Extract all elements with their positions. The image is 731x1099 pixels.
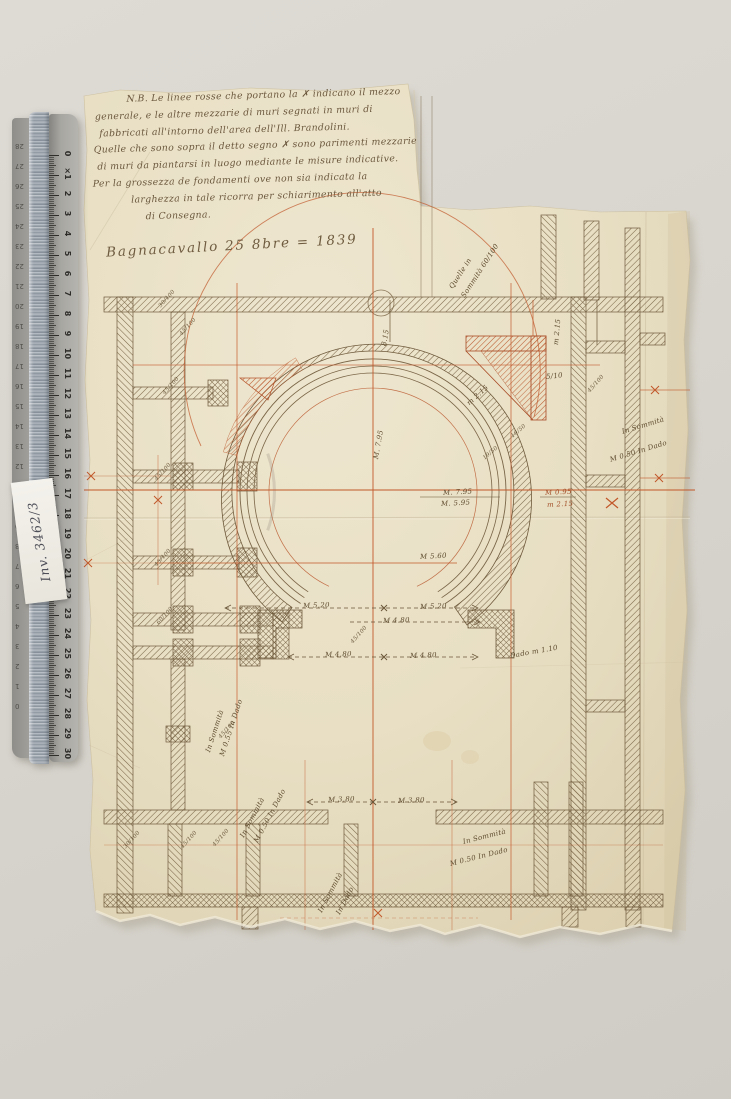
ruler-number: 11 xyxy=(63,367,72,380)
ruler-cm-tick xyxy=(49,475,59,476)
dimension-label: M 4.80 xyxy=(383,616,410,625)
ruler-number: 12 xyxy=(63,387,72,400)
wall-thickness-fraction: 45/100 xyxy=(212,828,231,848)
wall-thickness-fraction: 45/100 xyxy=(180,830,199,850)
ruler-cm-tick xyxy=(49,395,59,396)
ruler-cm-tick xyxy=(49,255,59,256)
wall-thickness-fraction: 45/100 xyxy=(154,462,173,482)
ruler-number: 6 xyxy=(63,267,72,280)
dimension-label: m 2.15 xyxy=(552,319,562,346)
ruler: 2827262524232221201918171615141312111098… xyxy=(12,112,78,764)
ruler-cm-tick xyxy=(49,195,59,196)
ruler-cm-tick xyxy=(49,355,59,356)
ruler-number: 16 xyxy=(63,467,72,480)
annotation-layer: M. 7.95M. 5.95M 0.95m 2.15M 5.60M 5.20M … xyxy=(0,0,731,1099)
ruler-number: 19 xyxy=(63,527,72,540)
ruler-mirror-number: 17 xyxy=(15,362,24,370)
ruler-cm-tick xyxy=(49,435,59,436)
inventory-number: Inv. 3462/3 xyxy=(25,500,54,583)
ruler-half-tick xyxy=(49,645,56,646)
ruler-cm-tick xyxy=(49,755,59,756)
ruler-mirror-number: 24 xyxy=(15,222,24,230)
ruler-ribbed-strip xyxy=(29,112,49,764)
ruler-half-tick xyxy=(49,745,56,746)
ruler-mirror-number: 21 xyxy=(15,282,24,290)
ruler-cm-tick xyxy=(49,375,59,376)
ruler-cm-tick xyxy=(49,295,59,296)
ruler-cm-tick xyxy=(49,215,59,216)
wall-thickness-fraction: 19/50 xyxy=(482,445,499,461)
ruler-half-tick xyxy=(49,685,56,686)
dimension-label: 5/10 xyxy=(546,371,564,381)
ruler-number: 26 xyxy=(63,667,72,680)
ruler-mirror-number: 23 xyxy=(15,242,24,250)
ruler-half-tick xyxy=(49,365,56,366)
ruler-half-tick xyxy=(49,325,56,326)
ruler-number: 2 xyxy=(63,187,72,200)
ruler-half-tick xyxy=(49,185,56,186)
dimension-label: M. 7.95 xyxy=(372,429,385,459)
ruler-number: 14 xyxy=(63,427,72,440)
dimension-label: M 5.20 xyxy=(303,601,330,610)
ruler-cm-tick xyxy=(49,635,59,636)
ruler-cm-tick xyxy=(49,715,59,716)
ruler-half-tick xyxy=(49,465,56,466)
ruler-number: 27 xyxy=(63,687,72,700)
archival-photo-scene: N.B. Le linee rosse che portano la ✗ ind… xyxy=(0,0,731,1099)
hand-annotation: In Sommità xyxy=(462,827,507,845)
ruler-number: ×1 xyxy=(63,167,72,180)
dimension-label: M. 5.95 xyxy=(441,498,471,508)
dimension-label: M 4.80 xyxy=(410,651,437,660)
ruler-mirror-number: 28 xyxy=(15,142,24,150)
ruler-cm-tick xyxy=(49,335,59,336)
ruler-number: 18 xyxy=(63,507,72,520)
ruler-cm-tick xyxy=(49,315,59,316)
dimension-label: M. 7.95 xyxy=(443,487,473,497)
dimension-label: m 2.15 xyxy=(547,500,574,509)
wall-thickness-fraction: 30/100 xyxy=(123,830,142,850)
ruler-half-tick xyxy=(49,265,56,266)
wall-thickness-fraction: 45/100 xyxy=(179,317,198,337)
ruler-mirror-number: 27 xyxy=(15,162,24,170)
ruler-cm-tick xyxy=(49,655,59,656)
ruler-half-tick xyxy=(49,385,56,386)
dimension-label: M 0.95 xyxy=(545,488,572,497)
ruler-mirror-number: 13 xyxy=(15,442,24,450)
ruler-mirror-number: 1 xyxy=(15,682,19,690)
ruler-cm-tick xyxy=(49,735,59,736)
ruler-mirror-number: 19 xyxy=(15,322,24,330)
ruler-number: 17 xyxy=(63,487,72,500)
ruler-cm-tick xyxy=(49,235,59,236)
ruler-number: 29 xyxy=(63,727,72,740)
dimension-label: M 5.20 xyxy=(420,602,447,611)
ruler-mirror-scale: 2827262524232221201918171615141312111098… xyxy=(12,118,29,758)
ruler-cm-tick xyxy=(49,455,59,456)
ruler-mirror-number: 14 xyxy=(15,422,24,430)
ruler-mirror-number: 26 xyxy=(15,182,24,190)
ruler-mirror-number: 18 xyxy=(15,342,24,350)
ruler-number: 25 xyxy=(63,647,72,660)
dimension-label: m 2.15 xyxy=(465,383,490,407)
hand-annotation: M 0.50 In Dado xyxy=(449,846,509,868)
dimension-label: M 3.80 xyxy=(398,796,425,805)
hand-annotation: In Dado xyxy=(334,886,355,916)
ruler-mirror-number: 0 xyxy=(15,702,19,710)
ruler-mirror-number: 20 xyxy=(15,302,24,310)
ruler-half-tick xyxy=(49,205,56,206)
ruler-number: 20 xyxy=(63,547,72,560)
wall-thickness-fraction: 19/50 xyxy=(510,423,527,439)
ruler-half-tick xyxy=(49,625,56,626)
hand-annotation: M 0.50 In Dado xyxy=(609,439,668,464)
ruler-cm-tick xyxy=(49,155,59,156)
ruler-cm-tick xyxy=(49,175,59,176)
ruler-half-tick xyxy=(49,245,56,246)
ruler-mirror-number: 12 xyxy=(15,462,24,470)
ruler-mirror-number: 2 xyxy=(15,662,19,670)
wall-thickness-fraction: 45/100 xyxy=(154,548,173,568)
ruler-scale: 0×12345678910111213141516171819202122232… xyxy=(49,114,78,762)
ruler-half-tick xyxy=(49,285,56,286)
ruler-mirror-number: 3 xyxy=(15,642,19,650)
ruler-half-tick xyxy=(49,425,56,426)
ruler-half-tick xyxy=(49,165,56,166)
ruler-mirror-number: 4 xyxy=(15,622,19,630)
ruler-mirror-number: 5 xyxy=(15,602,19,610)
ruler-half-tick xyxy=(49,705,56,706)
ruler-number: 30 xyxy=(63,747,72,760)
wall-thickness-fraction: 30/100 xyxy=(158,289,177,309)
wall-thickness-fraction: 45/100 xyxy=(350,625,369,645)
ruler-cm-tick xyxy=(49,415,59,416)
dimension-label: M 4.80 xyxy=(325,650,352,659)
ruler-number: 9 xyxy=(63,327,72,340)
wall-thickness-fraction: 45/100 xyxy=(162,376,181,396)
ruler-half-tick xyxy=(49,225,56,226)
ruler-mirror-number: 22 xyxy=(15,262,24,270)
dimension-label: M 3.80 xyxy=(328,795,355,804)
ruler-number: 5 xyxy=(63,247,72,260)
wall-thickness-fraction: 45/100 xyxy=(587,374,606,394)
ruler-mirror-number: 15 xyxy=(15,402,24,410)
ruler-number: 7 xyxy=(63,287,72,300)
ruler-number: 10 xyxy=(63,347,72,360)
ruler-cm-tick xyxy=(49,695,59,696)
ruler-mirror-number: 7 xyxy=(15,562,19,570)
ruler-mirror-number: 16 xyxy=(15,382,24,390)
ruler-number: 0 xyxy=(63,147,72,160)
ruler-cm-tick xyxy=(49,675,59,676)
ruler-half-tick xyxy=(49,665,56,666)
ruler-half-tick xyxy=(49,305,56,306)
ruler-number: 8 xyxy=(63,307,72,320)
ruler-half-tick xyxy=(49,345,56,346)
ruler-half-tick xyxy=(49,605,56,606)
ruler-number: 23 xyxy=(63,607,72,620)
ruler-number: 24 xyxy=(63,627,72,640)
dimension-label: 8.15 xyxy=(380,329,391,347)
ruler-number: 13 xyxy=(63,407,72,420)
hand-annotation: In Sommità xyxy=(621,415,665,436)
ruler-number: 3 xyxy=(63,207,72,220)
dimension-label: Dado m 1.10 xyxy=(509,644,558,660)
ruler-mirror-number: 25 xyxy=(15,202,24,210)
ruler-number: 28 xyxy=(63,707,72,720)
dimension-label: M 5.60 xyxy=(420,552,447,561)
ruler-half-tick xyxy=(49,445,56,446)
ruler-cm-tick xyxy=(49,275,59,276)
ruler-cm-tick xyxy=(49,615,59,616)
ruler-number: 15 xyxy=(63,447,72,460)
ruler-half-tick xyxy=(49,725,56,726)
ruler-half-tick xyxy=(49,405,56,406)
ruler-number: 4 xyxy=(63,227,72,240)
ruler-mirror-number: 6 xyxy=(15,582,19,590)
wall-thickness-fraction: 60/100 xyxy=(156,606,175,626)
